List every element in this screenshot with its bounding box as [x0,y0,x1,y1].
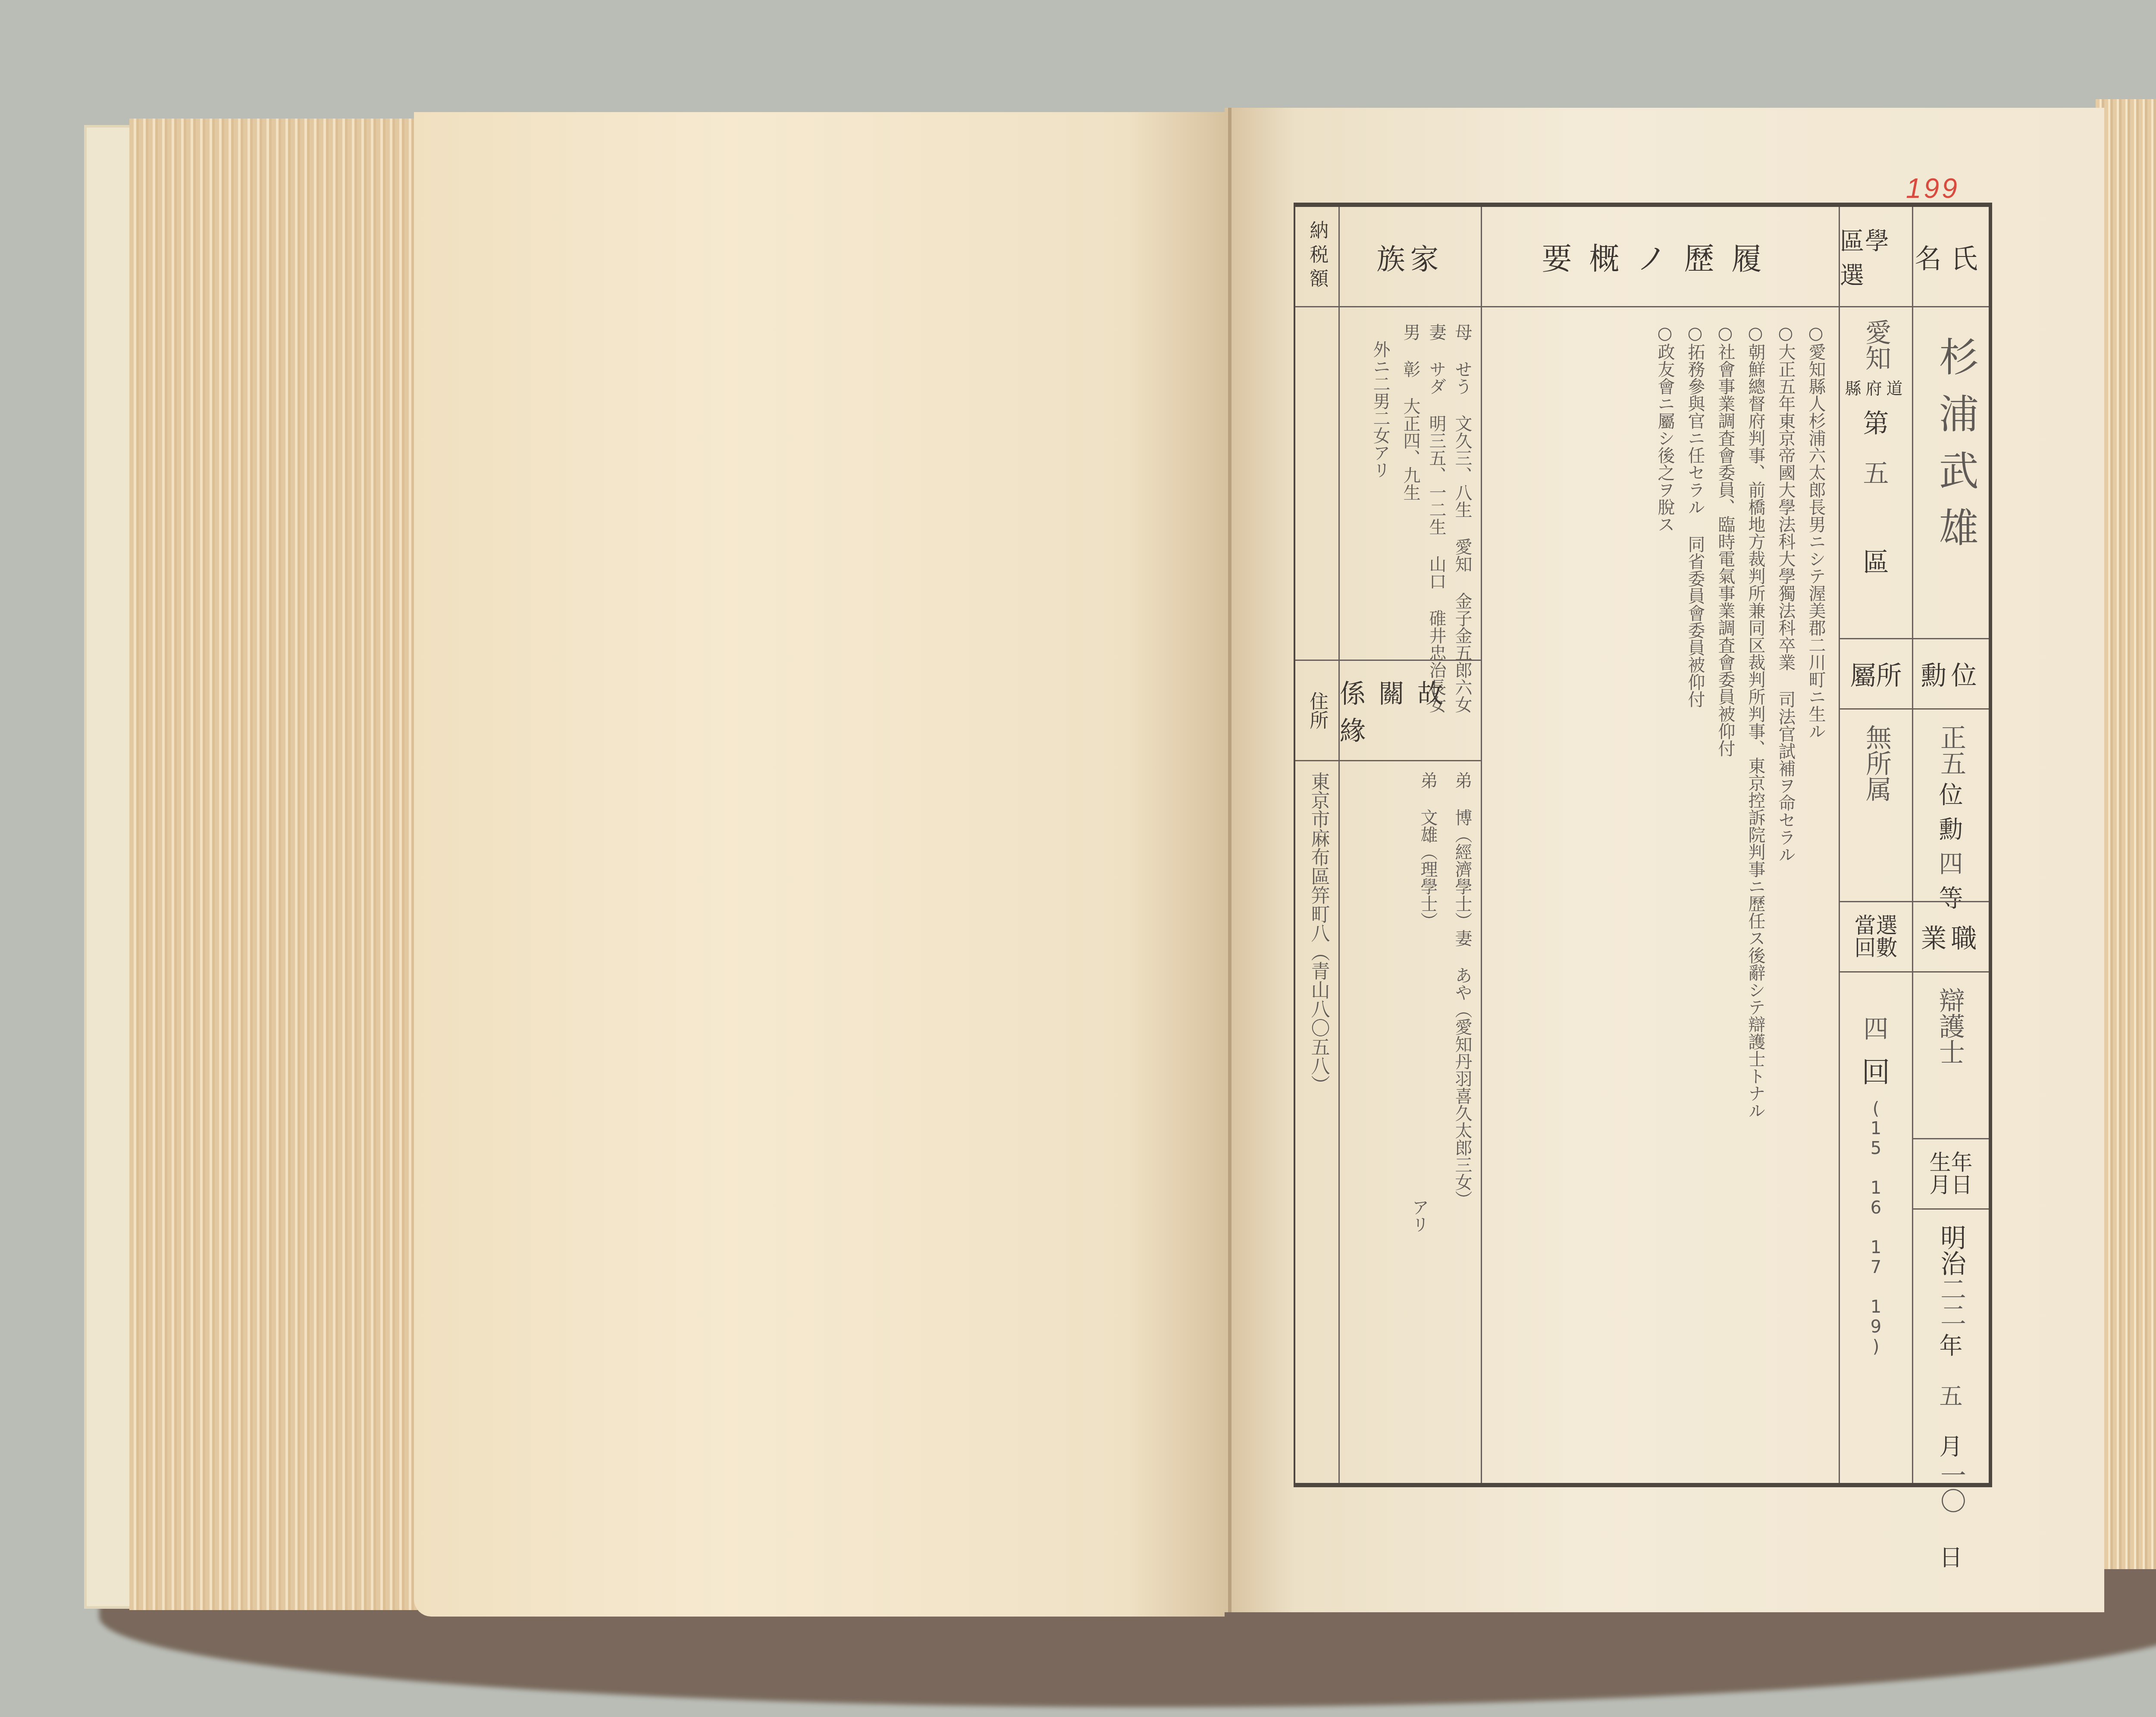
tax-header: 納税額 [1295,207,1338,307]
career-line-2: ○大正五年東京帝國大學法科大學獨法科卒業 司法官試補ヲ命セラル [1776,323,1796,1119]
occupation-value: 辯護士 [1935,987,1965,1065]
relations-line-3: アリ [1409,1198,1429,1233]
career-line-6: ○政友會ニ屬シ後之ヲ脫ス [1655,323,1675,1119]
district-header: 區學選 [1840,207,1912,307]
family-header: 族家 [1340,207,1481,307]
rank-header: 勳位 [1913,638,1989,710]
member-record-table: 納税額 住所 東京市麻布區笄町八（青山八〇五八） 族家 母 せう 文久三、八生 … [1294,203,1992,1487]
birth-value: 明治 二二 年 五 月 一〇 日 [1913,1224,1989,1573]
birth-header: 生年月日 [1913,1138,1989,1210]
times-elected-header: 當選回數 [1840,901,1912,973]
career-lines: ○愛知縣人杉浦六太郎長男ニシテ渥美郡二川町ニ生ル ○大正五年東京帝國大學法科大學… [0,323,1826,1119]
times-elected-value: 四 回 (15 16 17 19) [1840,1009,1912,1357]
career-line-3: ○朝鮮總督府判事、前橋地方裁判所兼同区裁判所判事、東京控訴院判事ニ歷任ス後辭シテ… [1745,323,1765,1119]
career-line-4: ○社會事業調査會委員、臨時電氣事業調査會委員被仰付 [1715,323,1735,1119]
career-header: 要概ノ歷履 [1482,207,1839,307]
affiliation-value: 無所属 [1861,724,1891,802]
page-number: 199 [1906,172,1960,204]
career-column: 要概ノ歷履 ○愛知縣人杉浦六太郎長男ニシテ渥美郡二川町ニ生ル ○大正五年東京帝國… [1481,207,1839,1483]
career-line-5: ○拓務參與官ニ任セラル 同省委員會委員被仰付 [1685,323,1705,1119]
rank-value: 正五 位 勳 四 等 [1913,724,1989,914]
career-line-1: ○愛知縣人杉浦六太郎長男ニシテ渥美郡二川町ニ生ル [1806,323,1826,1119]
occupation-header: 業職 [1913,901,1989,973]
district-value: 愛知 縣府道 第 五 區 [1840,319,1912,579]
affiliation-header: 屬所 [1840,638,1912,710]
member-name: 杉浦武雄 [1933,336,1978,564]
district-affiliation-column: 區學選 愛知 縣府道 第 五 區 屬所 無所属 當選回數 四 回 (15 16 … [1839,207,1912,1483]
page-edges-right [2096,99,2156,1569]
name-header: 名氏 [1913,207,1989,307]
name-rank-column: 名氏 杉浦武雄 勳位 正五 位 勳 四 等 業職 辯護士 生年月日 明治 二二 … [1912,207,1989,1483]
